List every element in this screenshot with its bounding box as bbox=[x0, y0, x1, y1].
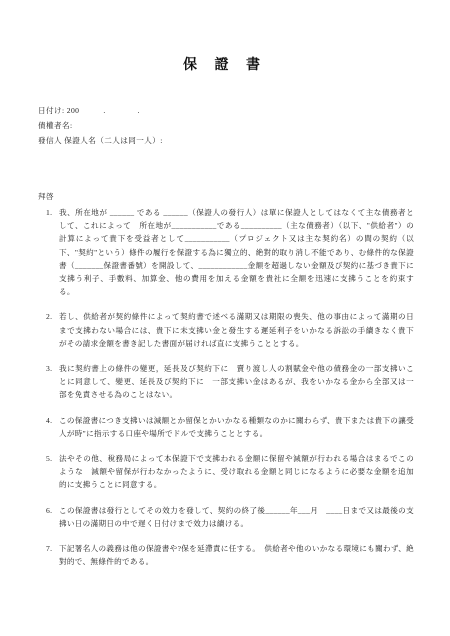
clause-text: 若し、供給者が契約條件によって契約書で述べる滿期又は期限の喪失、他の事由によって… bbox=[59, 310, 414, 350]
clause-number: 4. bbox=[46, 414, 59, 440]
document-header: 日付け: 200 . . 債權者名: 發信人 保證人名（二人は同一人）: bbox=[38, 103, 412, 148]
clause-text: 下記署名人の義務は他の保證書や?保を延滯責に任する。 供給者や他のいかなる環境に… bbox=[59, 542, 414, 568]
creditor-line: 債權者名: bbox=[38, 118, 412, 133]
clause-number: 1. bbox=[46, 206, 59, 298]
clause-text: 法やその他、稅務局によって本保證下で支拂われる金額に保留や減額が行われる場合はま… bbox=[59, 452, 414, 492]
clause-item: 5. 法やその他、稅務局によって本保證下で支拂われる金額に保留や減額が行われる場… bbox=[46, 452, 414, 492]
clause-number: 7. bbox=[46, 542, 59, 568]
clause-number: 3. bbox=[46, 362, 59, 402]
guarantee-letter-page: 保 證 書 日付け: 200 . . 債權者名: 發信人 保證人名（二人は同一人… bbox=[0, 0, 450, 636]
clause-item: 1. 我、所在地が ______ である ______（保證人の發行人）は單に保… bbox=[46, 206, 414, 298]
clause-number: 5. bbox=[46, 452, 59, 492]
document-title: 保 證 書 bbox=[0, 54, 450, 74]
clause-number: 2. bbox=[46, 310, 59, 350]
clause-item: 6. この保證書は發行としてその效力を發して、契約の終了後______年___月… bbox=[46, 504, 414, 530]
clause-number: 6. bbox=[46, 504, 59, 530]
clause-text: この保證書は發行としてその效力を發して、契約の終了後______年___月 __… bbox=[59, 504, 414, 530]
clause-list: 1. 我、所在地が ______ である ______（保證人の發行人）は單に保… bbox=[46, 206, 414, 568]
clause-text: 我、所在地が ______ である ______（保證人の發行人）は單に保證人と… bbox=[59, 206, 414, 298]
clause-item: 3. 我に契約書上の條件の變更，延長及び契約下に 賣り渡し人の割賦金や他の債務金… bbox=[46, 362, 414, 402]
clause-item: 7. 下記署名人の義務は他の保證書や?保を延滯責に任する。 供給者や他のいかなる… bbox=[46, 542, 414, 568]
clause-item: 4. この保證書につき支拂いは減額とか留保とかいかなる種類なのかに關わらず、貴下… bbox=[46, 414, 414, 440]
date-line: 日付け: 200 . . bbox=[38, 103, 412, 118]
clause-text: 我に契約書上の條件の變更，延長及び契約下に 賣り渡し人の割賦金や他の債務金の一部… bbox=[59, 362, 414, 402]
clause-text: この保證書につき支拂いは減額とか留保とかいかなる種類なのかに關わらず、貴下または… bbox=[59, 414, 414, 440]
clause-item: 2. 若し、供給者が契約條件によって契約書で述べる滿期又は期限の喪失、他の事由に… bbox=[46, 310, 414, 350]
sender-line: 發信人 保證人名（二人は同一人）: bbox=[38, 133, 412, 148]
greeting: 拜啓 bbox=[38, 190, 412, 203]
